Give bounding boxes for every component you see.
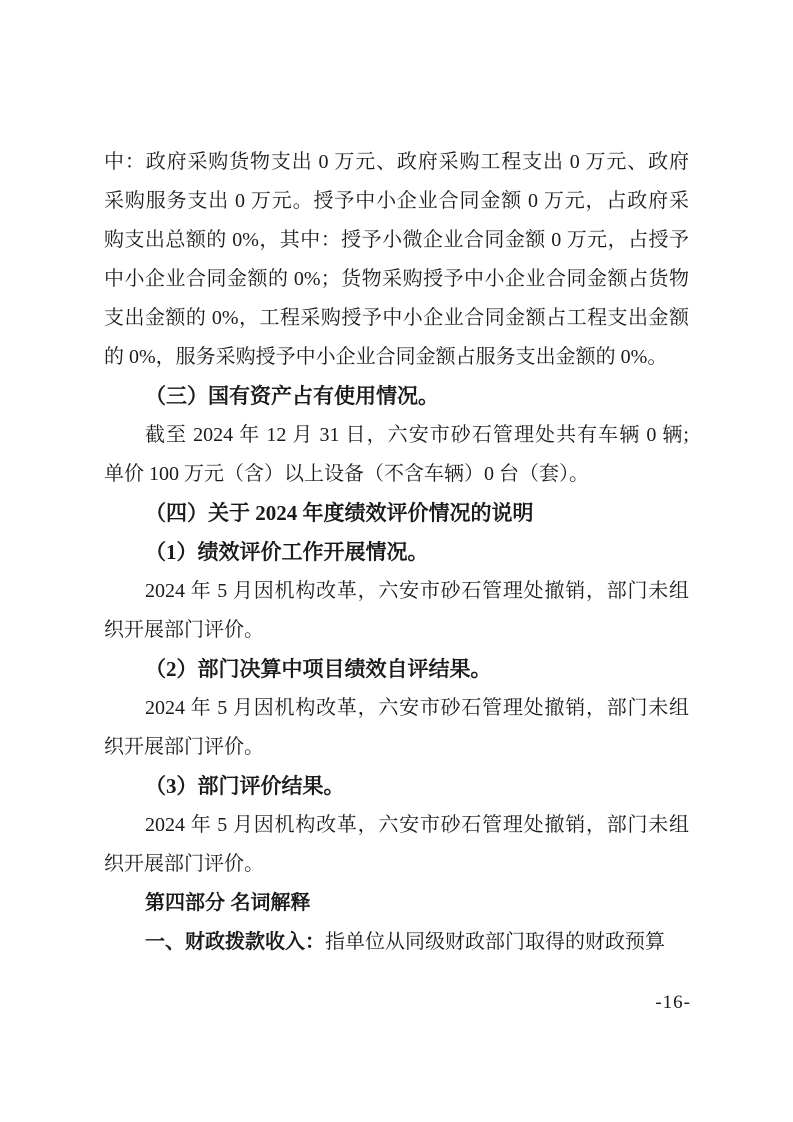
body-line: 织开展部门评价。 [104, 845, 689, 884]
section-3-heading: （三）国有资产占有使用情况。 [104, 377, 689, 416]
body-line: 购支出总额的 0%，其中：授予小微企业合同金额 0 万元，占授予 [104, 221, 689, 260]
body-line: 2024 年 5 月因机构改革，六安市砂石管理处撤销，部门未组 [104, 572, 689, 611]
section-4-item-3-heading: （3）部门评价结果。 [104, 767, 689, 806]
part-4-heading: 第四部分 名词解释 [104, 884, 689, 923]
section-4-heading: （四）关于 2024 年度绩效评价情况的说明 [104, 494, 689, 533]
page-number: -16- [655, 992, 691, 1014]
body-line: 织开展部门评价。 [104, 611, 689, 650]
term-name: 一、财政拨款收入： [145, 931, 325, 953]
term-definition-line: 一、财政拨款收入：指单位从同级财政部门取得的财政预算 [104, 923, 689, 962]
body-line: 截至 2024 年 12 月 31 日，六安市砂石管理处共有车辆 0 辆; [104, 416, 689, 455]
body-line: 中小企业合同金额的 0%；货物采购授予中小企业合同金额占货物 [104, 260, 689, 299]
body-line: 2024 年 5 月因机构改革，六安市砂石管理处撤销，部门未组 [104, 806, 689, 845]
section-4-item-1-heading: （1）绩效评价工作开展情况。 [104, 533, 689, 572]
body-line: 的 0%，服务采购授予中小企业合同金额占服务支出金额的 0%。 [104, 338, 689, 377]
body-line: 中：政府采购货物支出 0 万元、政府采购工程支出 0 万元、政府 [104, 143, 689, 182]
body-line: 2024 年 5 月因机构改革，六安市砂石管理处撤销，部门未组 [104, 689, 689, 728]
section-4-item-2-heading: （2）部门决算中项目绩效自评结果。 [104, 650, 689, 689]
term-definition: 指单位从同级财政部门取得的财政预算 [325, 931, 665, 953]
document-page: 中：政府采购货物支出 0 万元、政府采购工程支出 0 万元、政府 采购服务支出 … [0, 0, 793, 1122]
body-line: 采购服务支出 0 万元。授予中小企业合同金额 0 万元，占政府采 [104, 182, 689, 221]
text-block: 中：政府采购货物支出 0 万元、政府采购工程支出 0 万元、政府 采购服务支出 … [104, 143, 689, 962]
body-line: 织开展部门评价。 [104, 728, 689, 767]
body-line: 单价 100 万元（含）以上设备（不含车辆）0 台（套）。 [104, 455, 689, 494]
body-line: 支出金额的 0%，工程采购授予中小企业合同金额占工程支出金额 [104, 299, 689, 338]
